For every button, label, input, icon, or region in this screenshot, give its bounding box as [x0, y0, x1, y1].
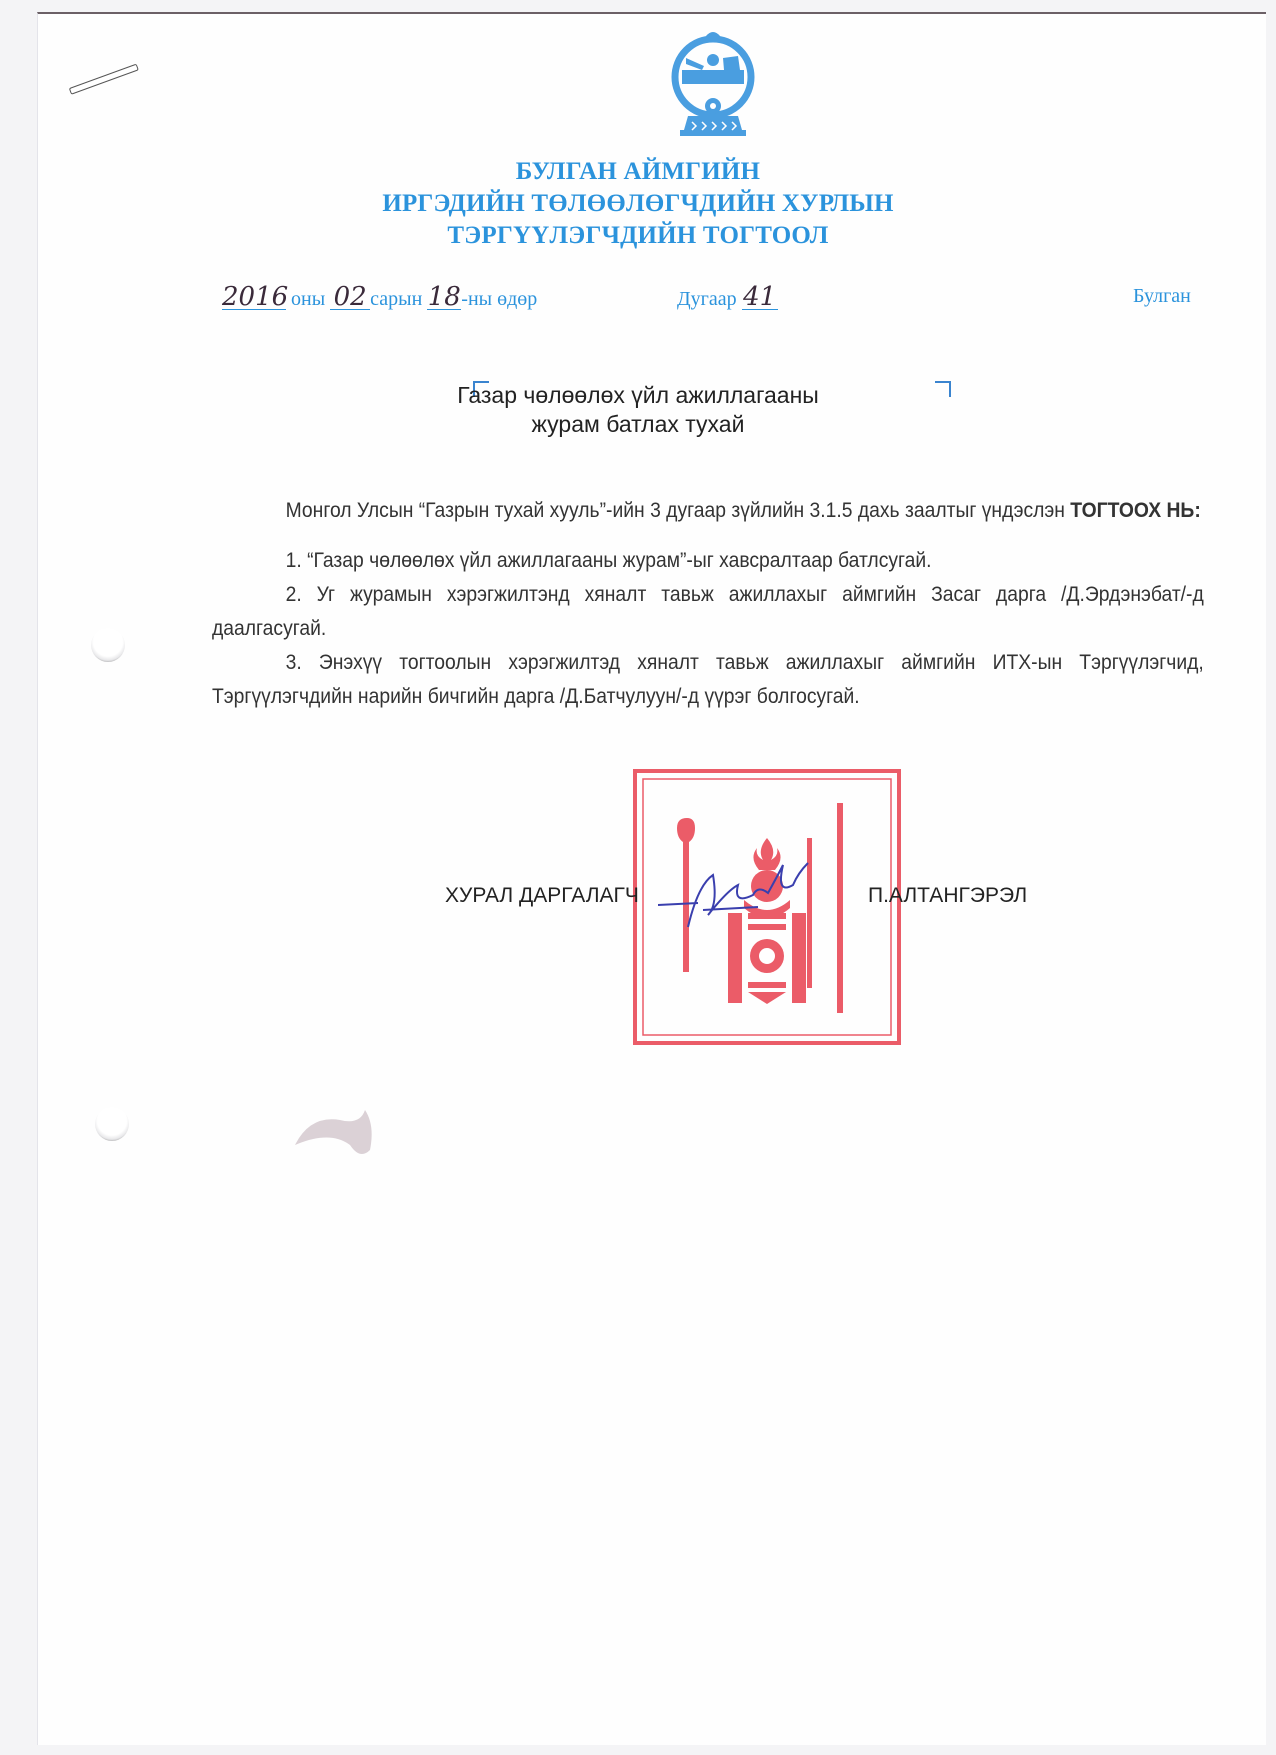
date-day: 18 — [427, 285, 461, 310]
punch-hole-top — [91, 628, 125, 662]
mongolia-state-emblem-icon — [668, 30, 758, 145]
number-field: Дугаар 41 — [677, 285, 778, 311]
date-field: 2016 оны 02сарын 18-ны өдөр — [222, 285, 537, 311]
date-day-suffix: -ны өдөр — [461, 288, 537, 310]
preamble-text: Монгол Улсын “Газрын тухай хууль”-ийн 3 … — [286, 499, 1065, 522]
number-label: Дугаар — [677, 288, 737, 310]
handwritten-signature-icon — [658, 855, 828, 935]
date-month-suffix: сарын — [370, 288, 422, 310]
decree-title-line-1: Газар чөлөөлөх үйл ажиллагааны — [0, 381, 1276, 410]
decree-title: Газар чөлөөлөх үйл ажиллагааны журам бат… — [0, 381, 1276, 439]
signatory-role: ХУРАЛ ДАРГАЛАГЧ — [445, 884, 639, 908]
header-line-1: БУЛГАН АЙМГИЙН — [0, 158, 1276, 186]
decree-item-3: 3. Энэхүү тогтоолын хэрэгжилтэд хяналт т… — [212, 646, 1204, 714]
decree-item-1: 1. “Газар чөлөөлөх үйл ажиллагааны журам… — [212, 544, 1204, 578]
decree-title-line-2: журам батлах тухай — [0, 410, 1276, 439]
decree-item-2: 2. Уг журамын хэрэгжилтэнд хяналт тавьж … — [212, 578, 1204, 646]
date-year: 2016 — [222, 285, 286, 310]
signatory-name: П.АЛТАНГЭРЭЛ — [868, 884, 1027, 908]
decree-number: 41 — [742, 285, 778, 310]
scan-smudge — [290, 1105, 400, 1160]
header-line-3: ТЭРГҮҮЛЭГЧДИЙН ТОГТООЛ — [0, 222, 1276, 250]
preamble-emphasis: ТОГТООХ НЬ: — [1070, 499, 1200, 522]
punch-hole-bottom — [95, 1107, 129, 1141]
date-year-suffix: оны — [291, 288, 325, 310]
decree-body: Монгол Улсын “Газрын тухай хууль”-ийн 3 … — [212, 494, 1204, 714]
header-line-2: ИРГЭДИЙН ТӨЛӨӨЛӨГЧДИЙН ХУРЛЫН — [0, 190, 1276, 218]
date-month: 02 — [330, 285, 370, 310]
preamble: Монгол Улсын “Газрын тухай хууль”-ийн 3 … — [212, 494, 1204, 528]
place-name: Булган — [1133, 285, 1191, 308]
